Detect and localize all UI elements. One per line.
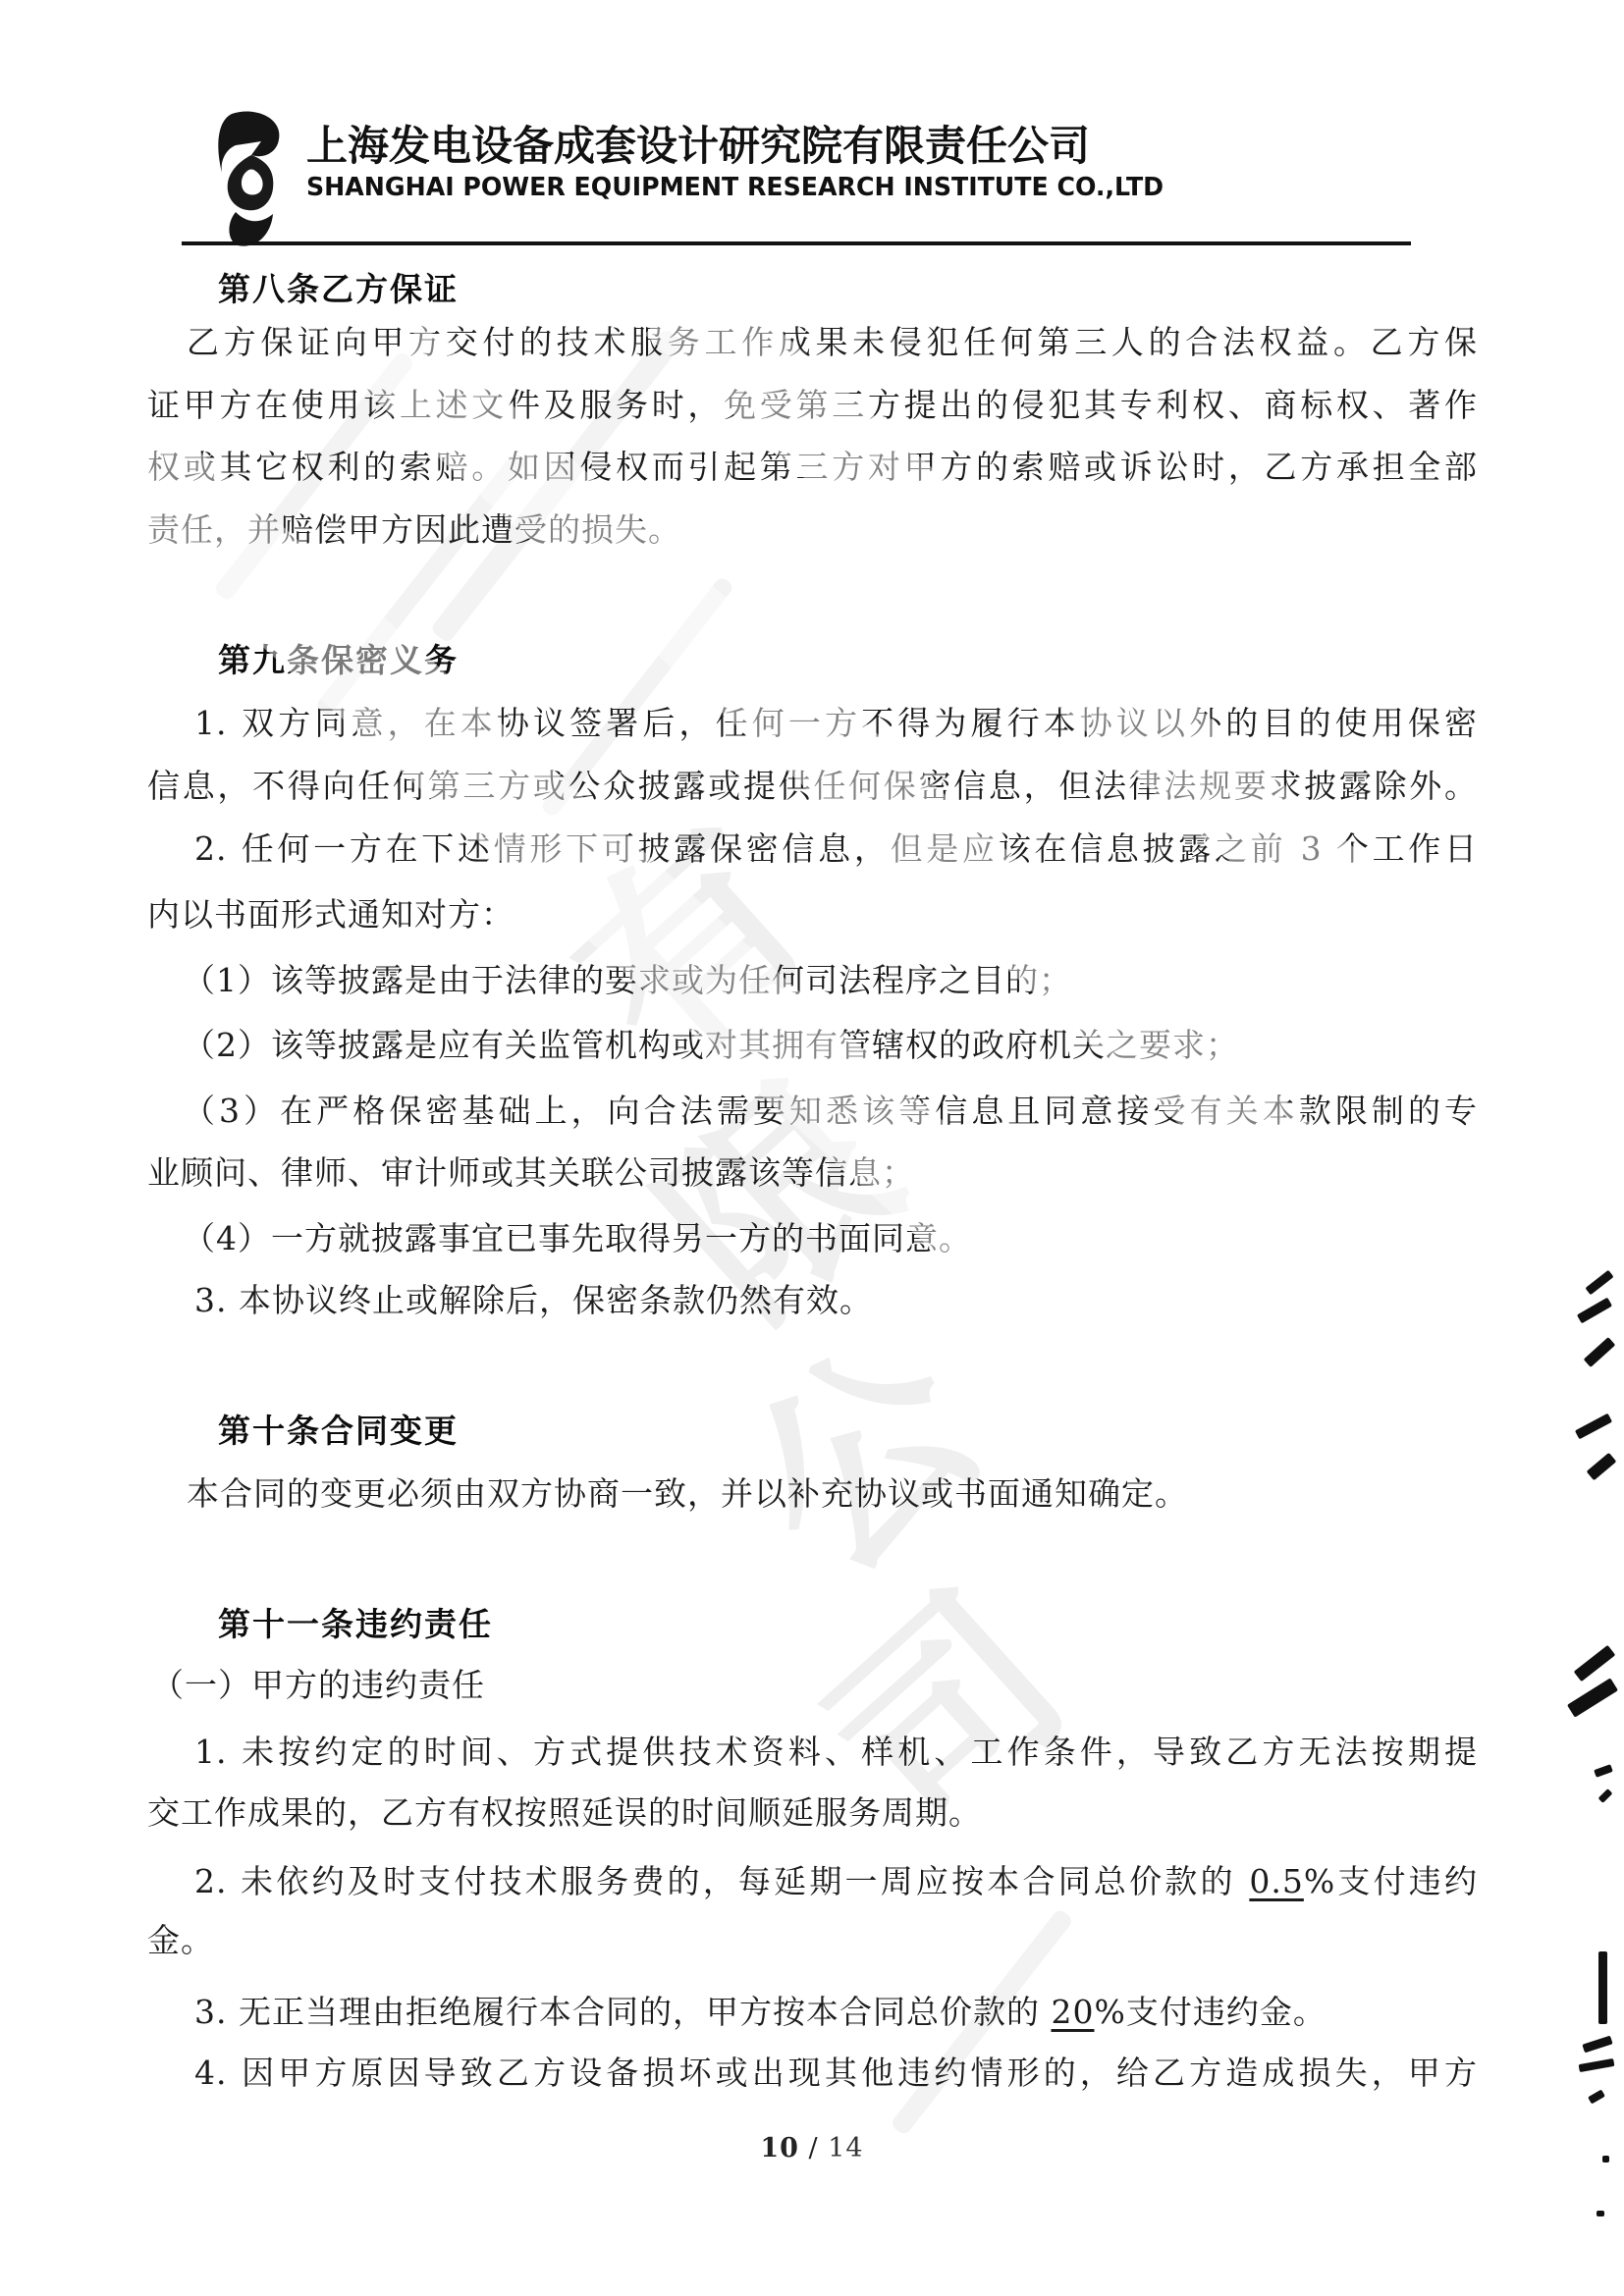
text-segment: %支付违约金。	[1094, 1993, 1326, 2031]
text-segment: %支付违约	[1304, 1862, 1478, 1900]
text-line: 4. 因甲方原因导致乙方设备损坏或出现其他违约情形的，给乙方造成损失，甲方	[147, 2051, 1478, 2096]
page-number-current: 10	[760, 2133, 799, 2163]
text-line: 证甲方在使用该上述文件及服务时，免受第三方提出的侵犯其专利权、商标权、著作	[147, 383, 1478, 428]
scan-artifact	[1587, 1453, 1617, 1480]
company-logo-icon	[218, 110, 298, 257]
text-line: 信息，不得向任何第三方或公众披露或提供任何保密信息，但法律法规要求披露除外。	[147, 764, 1478, 809]
scan-artifact	[1588, 2090, 1605, 2105]
text-line: 2. 未依约及时支付技术服务费的，每延期一周应按本合同总价款的 0.5%支付违约	[147, 1859, 1478, 1904]
scan-artifact	[1582, 2036, 1612, 2054]
scan-artifact	[1598, 1789, 1613, 1803]
page-number-separator: /	[809, 2133, 829, 2163]
text-line: 1. 双方同意，在本协议签署后，任何一方不得为履行本协议以外的目的使用保密	[147, 701, 1478, 746]
text-line: （1）该等披露是由于法律的要求或为任何司法程序之目的；	[147, 958, 1478, 1003]
text-line: 责任，并赔偿甲方因此遭受的损失。	[147, 507, 1478, 553]
text-line: 3. 本协议终止或解除后，保密条款仍然有效。	[147, 1278, 1478, 1323]
text-line: 1. 未按约定的时间、方式提供技术资料、样机、工作条件，导致乙方无法按期提	[147, 1730, 1478, 1775]
section-heading: 第十一条违约责任	[147, 1602, 1478, 1647]
text-line: 3. 无正当理由拒绝履行本合同的，甲方按本合同总价款的 20%支付违约金。	[147, 1990, 1478, 2035]
text-segment: 2. 未依约及时支付技术服务费的，每延期一周应按本合同总价款的	[194, 1862, 1249, 1900]
scan-artifact	[1567, 1678, 1618, 1717]
text-line: 内以书面形式通知对方：	[147, 892, 1478, 937]
scan-artifact	[1579, 2058, 1615, 2072]
watermark-character: 公	[715, 1309, 1013, 1608]
text-line: 交工作成果的，乙方有权按照延误的时间顺延服务周期。	[147, 1790, 1478, 1836]
text-line: 权或其它权利的索赔。如因侵权而引起第三方对甲方的索赔或诉讼时，乙方承担全部	[147, 445, 1478, 490]
scan-artifact	[1577, 1298, 1612, 1324]
underlined-value: 20	[1051, 1993, 1094, 2031]
text-line: 2. 任何一方在下述情形下可披露保密信息，但是应该在信息披露之前 3 个工作日	[147, 827, 1478, 872]
text-line: （一）甲方的违约责任	[147, 1663, 1478, 1708]
page-number: 10 / 14	[0, 2132, 1624, 2165]
page-number-total: 14	[828, 2133, 863, 2163]
section-heading: 第九条保密义务	[147, 638, 1478, 683]
header-rule	[182, 241, 1411, 245]
company-name-zh: 上海发电设备成套设计研究院有限责任公司	[306, 114, 1092, 173]
text-segment: 3. 无正当理由拒绝履行本合同的，甲方按本合同总价款的	[194, 1993, 1051, 2031]
scan-artifact	[1585, 1270, 1613, 1296]
scan-artifact	[1584, 1337, 1616, 1367]
text-line: 本合同的变更必须由双方协商一致，并以补充协议或书面通知确定。	[147, 1471, 1478, 1517]
section-heading: 第八条乙方保证	[147, 267, 1478, 312]
underlined-value: 0.5	[1249, 1862, 1303, 1900]
text-line: 金。	[147, 1918, 1478, 1963]
text-line: 业顾问、律师、审计师或其关联公司披露该等信息；	[147, 1150, 1478, 1196]
scan-artifact	[1598, 1951, 1607, 2024]
text-line: （4）一方就披露事宜已事先取得另一方的书面同意。	[147, 1216, 1478, 1261]
scan-artifact	[1594, 1764, 1613, 1778]
scan-artifact	[1575, 1414, 1612, 1440]
company-name-en: SHANGHAI POWER EQUIPMENT RESEARCH INSTIT…	[306, 173, 1087, 202]
scan-artifact	[1574, 1645, 1616, 1682]
scan-artifact	[1597, 2211, 1604, 2216]
scanned-contract-page: 上海发电设备成套设计研究院有限责任公司 SHANGHAI POWER EQUIP…	[0, 0, 1624, 2296]
section-heading: 第十条合同变更	[147, 1409, 1478, 1454]
text-line: （3）在严格保密基础上，向合法需要知悉该等信息且同意接受有关本款限制的专	[147, 1089, 1478, 1134]
text-line: （2）该等披露是应有关监管机构或对其拥有管辖权的政府机关之要求；	[147, 1023, 1478, 1068]
text-line: 乙方保证向甲方交付的技术服务工作成果未侵犯任何第三人的合法权益。乙方保	[147, 320, 1478, 365]
